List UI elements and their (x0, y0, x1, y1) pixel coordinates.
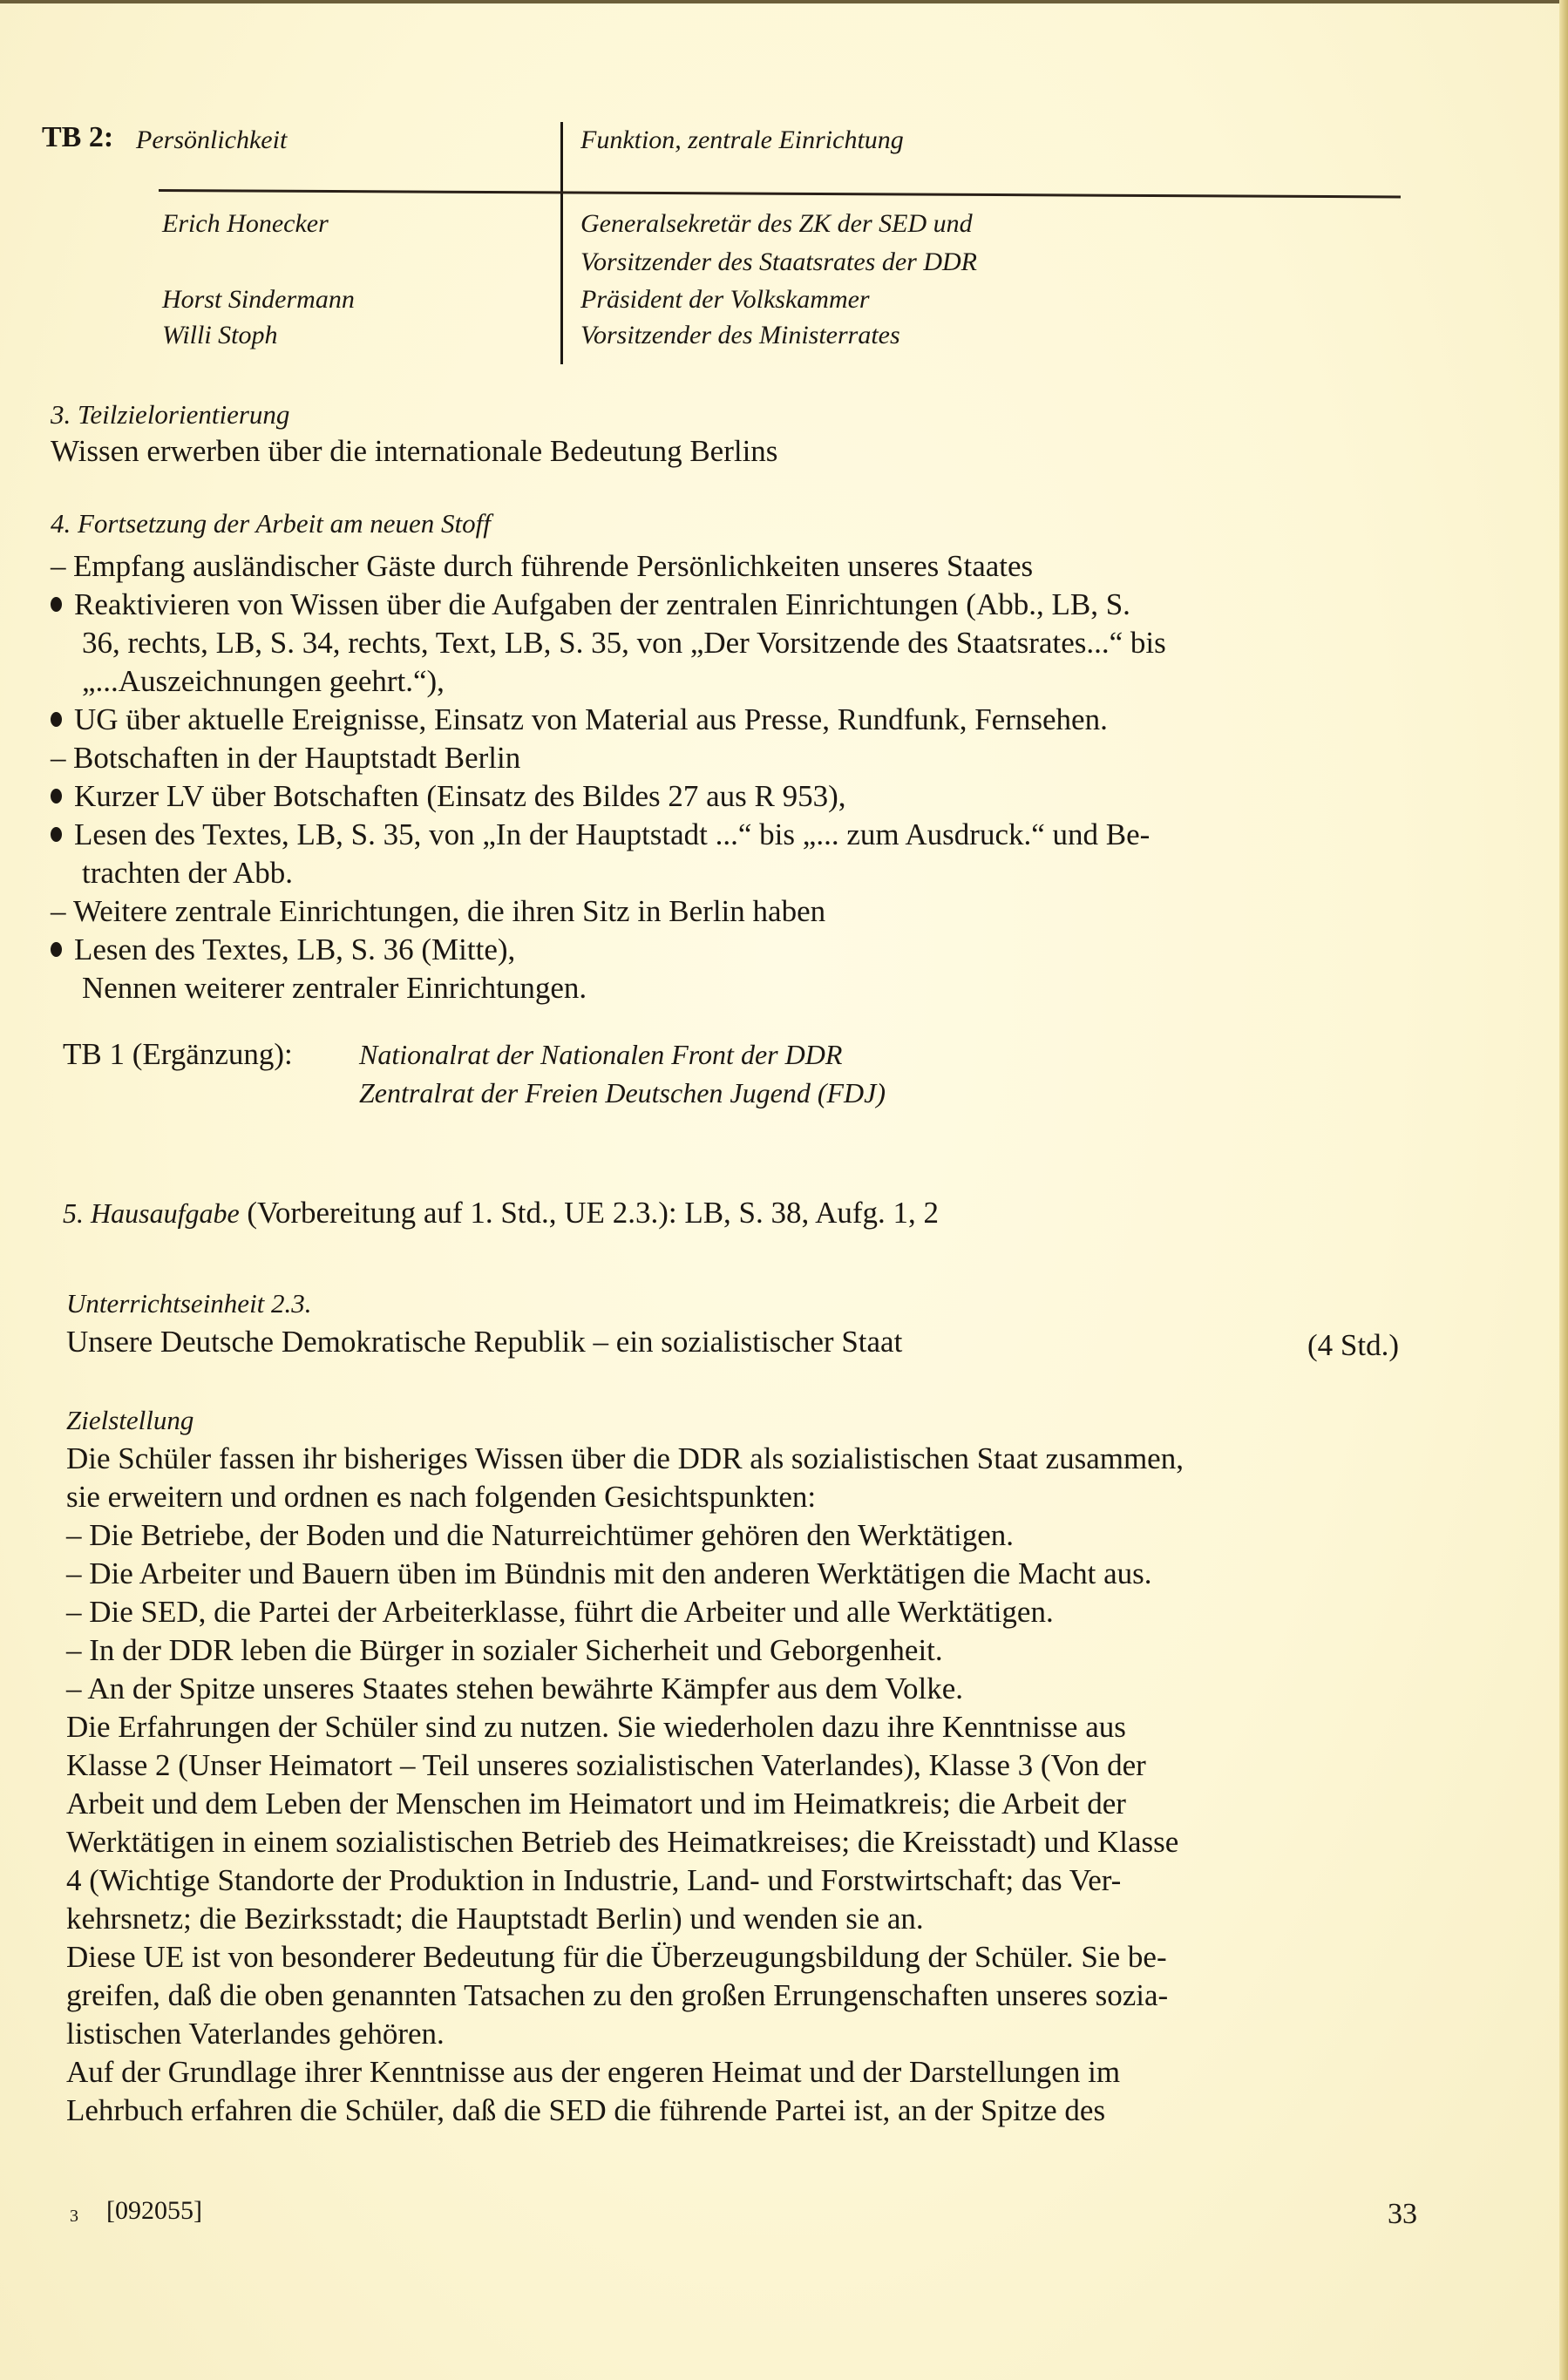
tb2-col2-header: Funktion, zentrale Einrichtung (580, 125, 904, 155)
table-header-rule (159, 189, 1401, 198)
table-row-function: Generalsekretär des ZK der SED und (580, 209, 973, 239)
paragraph-line: Auf der Grundlage ihrer Kenntnisse aus d… (66, 2053, 1415, 2092)
paragraph-line: kehrsnetz; die Bezirksstadt; die Hauptst… (66, 1900, 1415, 1938)
page-number: 33 (1388, 2198, 1417, 2231)
bullet-icon (51, 789, 62, 804)
list-item: –Empfang ausländischer Gäste durch führe… (51, 547, 1410, 586)
table-row-person: Horst Sindermann (162, 285, 355, 315)
table-row-function: Vorsitzender des Staatsrates der DDR (580, 247, 977, 277)
tb2-label: TB 2: (42, 121, 113, 154)
paragraph-line: Lehrbuch erfahren die Schüler, daß die S… (66, 2092, 1415, 2130)
goal-heading: Zielstellung (66, 1405, 193, 1436)
table-row-function: Präsident der Volkskammer (580, 285, 870, 315)
unit-title: Unsere Deutsche Demokratische Republik –… (66, 1323, 902, 1361)
unit-label: Unterrichtseinheit 2.3. (66, 1288, 312, 1319)
list-item-continuation: trachten der Abb. (51, 854, 1410, 892)
paragraph-line: 4 (Wichtige Standorte der Produktion in … (66, 1861, 1415, 1900)
goal-intro-line: Die Schüler fassen ihr bisheriges Wissen… (66, 1440, 1415, 1478)
tb1-label: TB 1 (Ergänzung): (63, 1035, 293, 1074)
tb1-line2: Zentralrat der Freien Deutschen Jugend (… (359, 1077, 886, 1109)
table-column-divider (560, 122, 563, 364)
scanned-page: TB 2: Persönlichkeit Funktion, zentrale … (0, 0, 1568, 2380)
bullet-icon (51, 942, 62, 957)
goal-point: – An der Spitze unseres Staates stehen b… (66, 1670, 1415, 1708)
paragraph-line: listischen Vaterlandes gehören. (66, 2015, 1415, 2053)
goal-point: – Die SED, die Partei der Arbeiterklasse… (66, 1593, 1415, 1631)
section4-list: –Empfang ausländischer Gäste durch führe… (51, 547, 1410, 1007)
page-right-edge (1559, 0, 1568, 2380)
section3-text: Wissen erwerben über die internationale … (51, 432, 777, 471)
goal-body: Die Schüler fassen ihr bisheriges Wissen… (66, 1440, 1415, 2130)
goal-point: – Die Betriebe, der Boden und die Naturr… (66, 1516, 1415, 1555)
paragraph-line: greifen, daß die oben genannten Tatsache… (66, 1977, 1415, 2015)
paragraph-line: Arbeit und dem Leben der Menschen im Hei… (66, 1785, 1415, 1823)
list-item-continuation: „...Auszeichnungen geehrt.“), (51, 662, 1410, 701)
table-row-person: Erich Honecker (162, 209, 329, 239)
goal-point: – In der DDR leben die Bürger in soziale… (66, 1631, 1415, 1670)
list-item: Lesen des Textes, LB, S. 36 (Mitte), (51, 931, 1410, 969)
list-item-continuation: Nennen weiterer zentraler Einrichtungen. (51, 969, 1410, 1007)
tb2-col1-header: Persönlichkeit (136, 125, 287, 155)
list-item: UG über aktuelle Ereignisse, Einsatz von… (51, 701, 1410, 739)
goal-point: – Die Arbeiter und Bauern üben im Bündni… (66, 1555, 1415, 1593)
paragraph-line: Werktätigen in einem sozialistischen Bet… (66, 1823, 1415, 1861)
dash-marker: – (51, 739, 73, 777)
list-item: –Botschaften in der Hauptstadt Berlin (51, 739, 1410, 777)
dash-marker: – (51, 892, 73, 931)
bullet-icon (51, 827, 62, 842)
table-row-person: Willi Stoph (162, 321, 278, 350)
section5-text: (Vorbereitung auf 1. Std., UE 2.3.): LB,… (247, 1196, 939, 1230)
list-item: Lesen des Textes, LB, S. 35, von „In der… (51, 816, 1410, 854)
paragraph-line: Die Erfahrungen der Schüler sind zu nutz… (66, 1708, 1415, 1746)
list-item: Kurzer LV über Botschaften (Einsatz des … (51, 777, 1410, 816)
list-item: Reaktivieren von Wissen über die Aufgabe… (51, 586, 1410, 624)
section5: 5. Hausaufgabe (Vorbereitung auf 1. Std.… (63, 1194, 939, 1232)
footer-signature: 3 (70, 2207, 78, 2227)
section5-heading: 5. Hausaufgabe (63, 1197, 240, 1229)
paragraph-line: Klasse 2 (Unser Heimatort – Teil unseres… (66, 1746, 1415, 1785)
list-item: –Weitere zentrale Einrichtungen, die ihr… (51, 892, 1410, 931)
list-item-continuation: 36, rechts, LB, S. 34, rechts, Text, LB,… (51, 624, 1410, 662)
paragraph-line: Diese UE ist von besonderer Bedeutung fü… (66, 1938, 1415, 1977)
page-top-edge (0, 0, 1568, 3)
footer-code: [092055] (106, 2196, 202, 2226)
unit-hours: (4 Std.) (1307, 1326, 1399, 1365)
tb1-line1: Nationalrat der Nationalen Front der DDR (359, 1039, 842, 1071)
section3-heading: 3. Teilzielorientierung (51, 399, 289, 431)
dash-marker: – (51, 547, 73, 586)
goal-intro-line: sie erweitern und ordnen es nach folgend… (66, 1478, 1415, 1516)
table-row-function: Vorsitzender des Ministerrates (580, 321, 900, 350)
bullet-icon (51, 597, 62, 612)
bullet-icon (51, 712, 62, 727)
section4-heading: 4. Fortsetzung der Arbeit am neuen Stoff (51, 508, 491, 539)
